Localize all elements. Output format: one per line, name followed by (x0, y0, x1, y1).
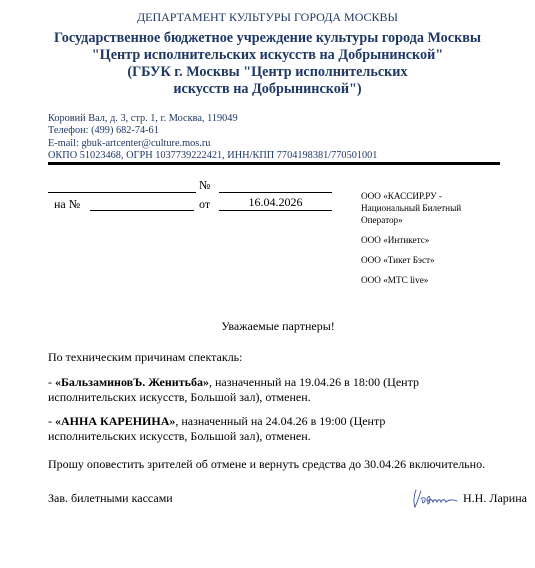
org-line-1: Государственное бюджетное учреждение кул… (0, 30, 535, 47)
show-title: «БальзаминовЪ. Женитьба» (55, 375, 209, 389)
recipient: ООО «Тикет Бэст» (361, 254, 521, 266)
header-divider (48, 162, 500, 165)
organization-name: Государственное бюджетное учреждение кул… (0, 30, 535, 98)
show-title: «АННА КАРЕНИНА» (55, 414, 175, 428)
ref-number-label: на № (54, 197, 80, 212)
number-label: № (199, 178, 210, 193)
address: Коровий Вал, д. 3, стр. 1, г. Москва, 11… (48, 113, 377, 125)
department-title: ДЕПАРТАМЕНТ КУЛЬТУРЫ ГОРОДА МОСКВЫ (0, 10, 535, 25)
org-line-2: "Центр исполнительских искусств на Добры… (0, 47, 535, 64)
phone: Телефон: (499) 682-74-61 (48, 125, 377, 137)
intro-paragraph: По техническим причинам спектакль: (48, 350, 508, 365)
greeting: Уважаемые партнеры! (48, 319, 508, 334)
handwritten-signature-icon (412, 487, 462, 509)
number-field-line (219, 192, 332, 193)
recipient: ООО «КАССИР.РУ - Национальный Билетный О… (361, 190, 473, 226)
recipient: ООО «Интикетс» (361, 234, 521, 246)
cancellation-item: - «БальзаминовЪ. Женитьба», назначенный … (48, 375, 488, 405)
date-field-line (219, 210, 332, 211)
request-paragraph: Прошу оповестить зрителей об отмене и ве… (48, 457, 508, 472)
recipient: ООО «МТС live» (361, 274, 521, 286)
date-label: от (199, 197, 210, 212)
org-line-4: искусств на Добрынинской") (0, 81, 535, 98)
signatory-name: Н.Н. Ларина (463, 491, 527, 506)
registry-codes: ОКПО 51023468, ОГРН 1037739222421, ИНН/К… (48, 150, 377, 162)
cancellation-item: - «АННА КАРЕНИНА», назначенный на 24.04.… (48, 414, 468, 444)
contact-block: Коровий Вал, д. 3, стр. 1, г. Москва, 11… (48, 113, 377, 163)
ref-number-line (90, 210, 194, 211)
outgoing-number-line (48, 192, 196, 193)
org-line-3: (ГБУК г. Москвы "Центр исполнительских (0, 64, 535, 81)
date-field: 16.04.2026 (219, 195, 332, 210)
email: E-mail: gbuk-artcenter@culture.mos.ru (48, 138, 377, 150)
recipients-list: ООО «КАССИР.РУ - Национальный Билетный О… (361, 190, 521, 294)
